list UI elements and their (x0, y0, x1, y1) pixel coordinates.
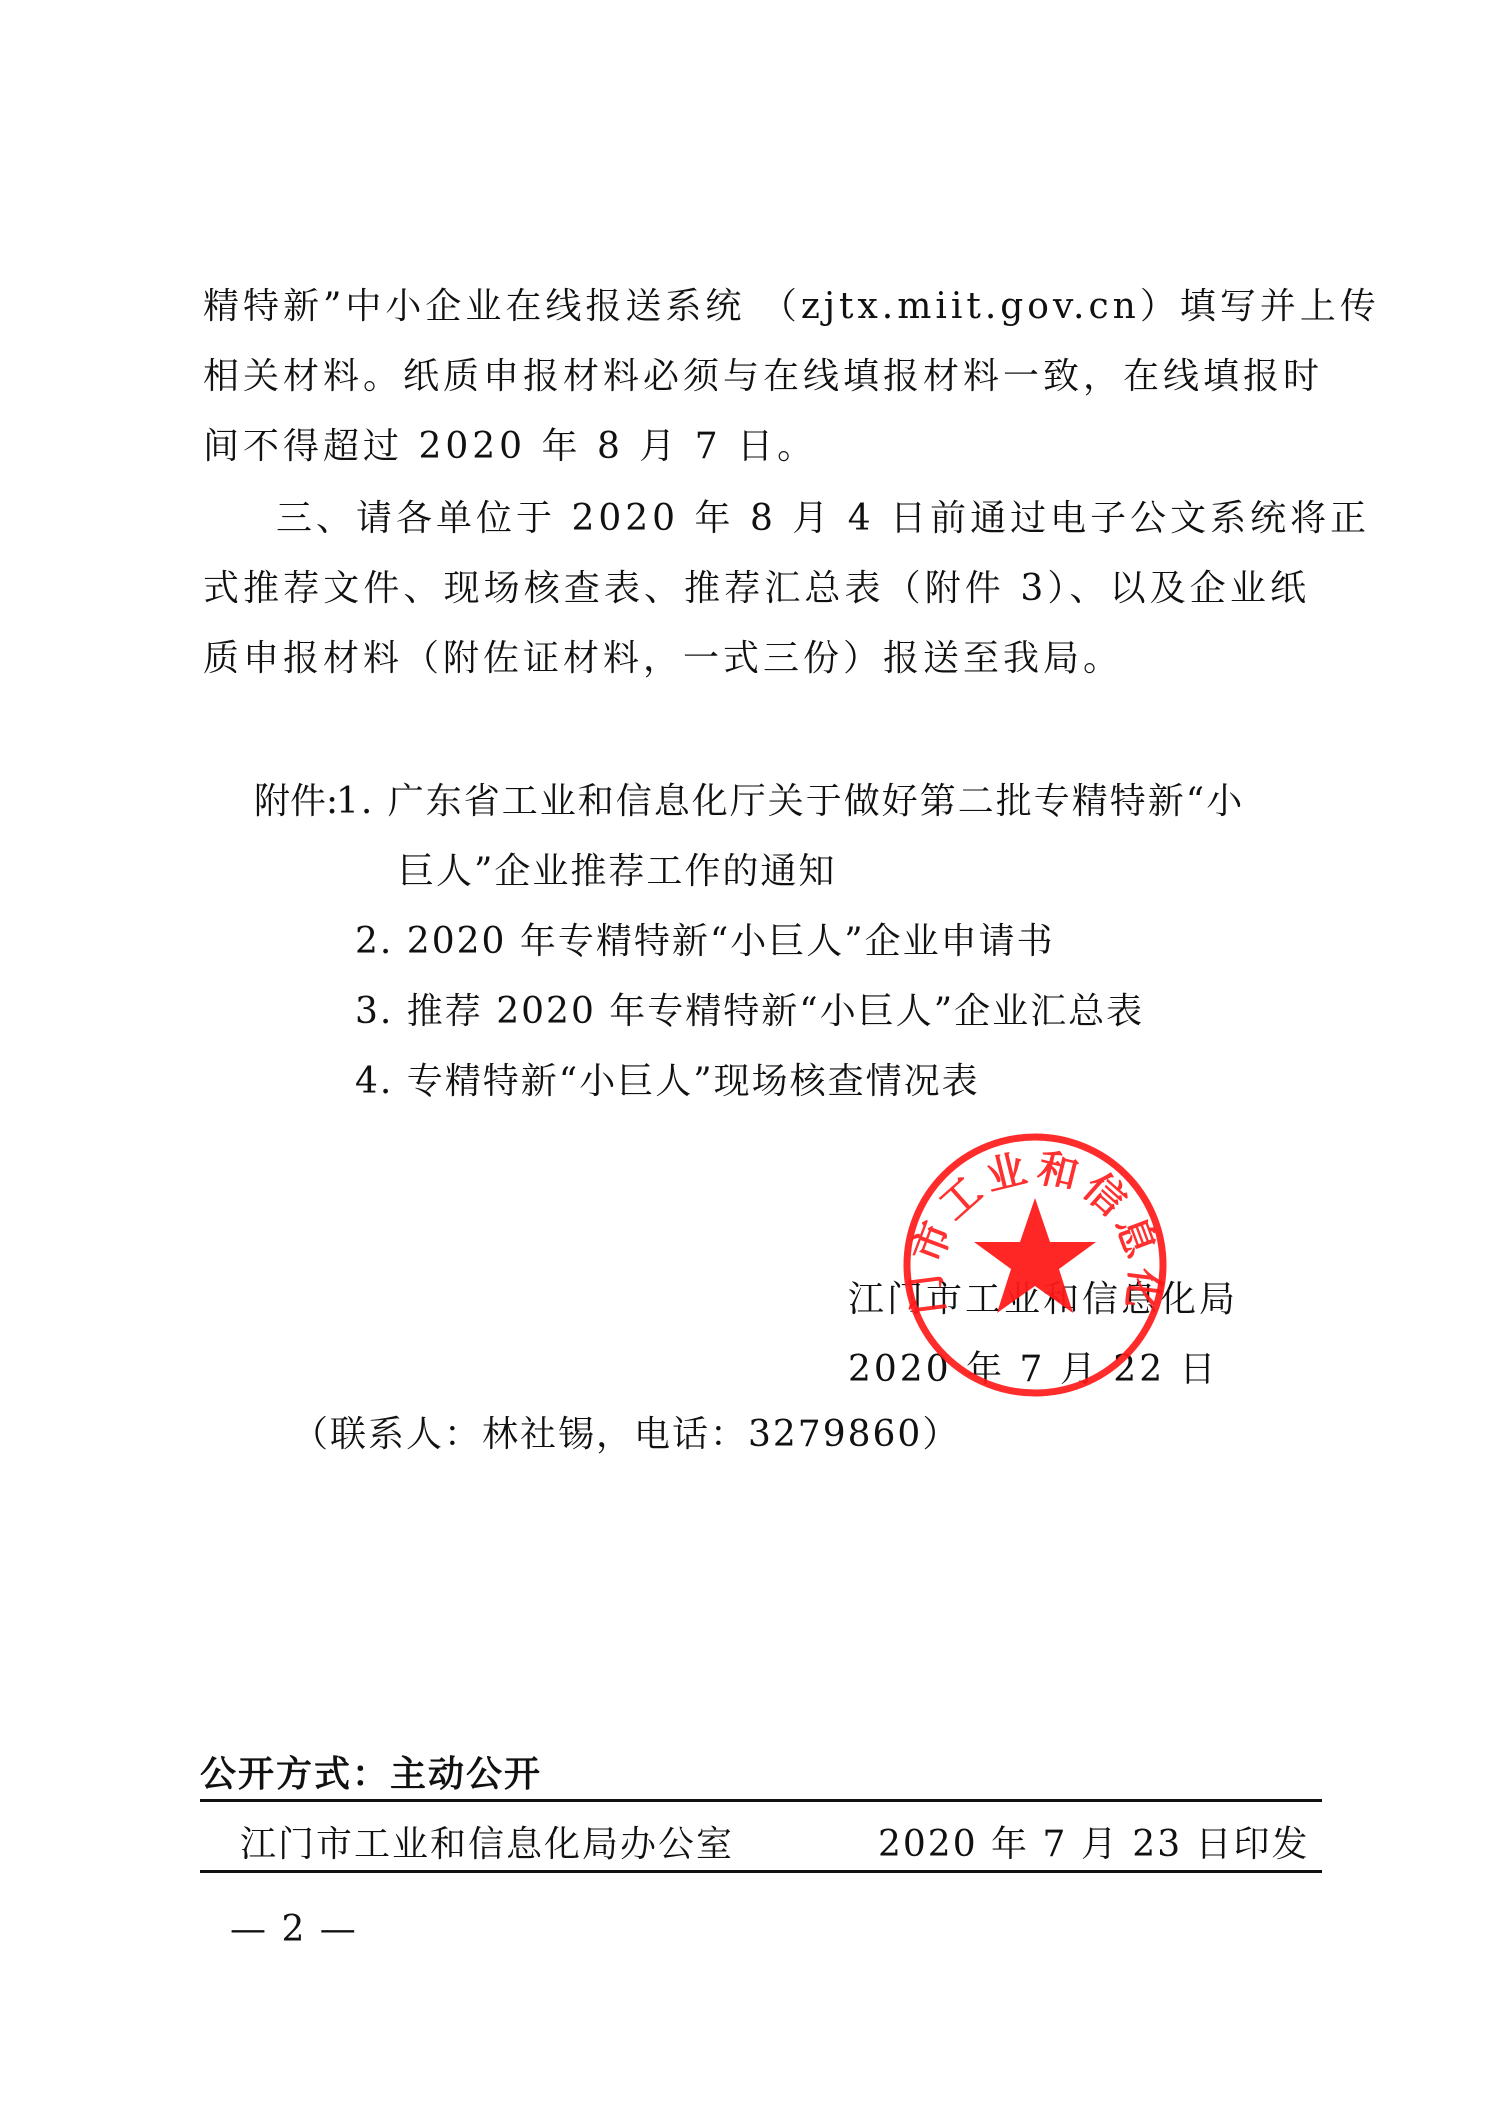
attachments-label: 附件: (254, 780, 334, 824)
footer-rule-top (200, 1799, 1322, 1802)
attachment-1-line-2: 巨人”企业推荐工作的通知 (398, 850, 1298, 894)
attachment-1-line-1: 1. 广东省工业和信息化厅关于做好第二批专精特新“小 (336, 780, 1316, 824)
issue-date: 2020 年 7 月 23 日印发 (878, 1823, 1298, 1867)
para2-line-1: 精特新”中小企业在线报送系统 （zjtx.miit.gov.cn）填写并上传 (203, 285, 1310, 329)
official-seal-icon: 江门市工业和信息化局 (900, 1130, 1170, 1400)
disclosure-method: 公开方式：主动公开 (200, 1753, 700, 1797)
para2-line-3: 间不得超过 2020 年 8 月 7 日。 (203, 425, 1310, 469)
para2-line-2: 相关材料。纸质申报材料必须与在线填报材料一致，在线填报时 (203, 355, 1310, 399)
attachment-2: 2. 2020 年专精特新“小巨人”企业申请书 (355, 920, 1255, 964)
page-number: — 2 — (230, 1908, 430, 1952)
attachment-3: 3. 推荐 2020 年专精特新“小巨人”企业汇总表 (355, 990, 1255, 1034)
para3-line-2: 式推荐文件、现场核查表、推荐汇总表（附件 3）、以及企业纸 (203, 567, 1310, 611)
issuing-office: 江门市工业和信息化局办公室 (240, 1823, 760, 1867)
attachment-4: 4. 专精特新“小巨人”现场核查情况表 (355, 1060, 1255, 1104)
contact-info: （联系人：林社锡，电话：3279860） (292, 1413, 1092, 1457)
para3-line-1: 三、请各单位于 2020 年 8 月 4 日前通过电子公文系统将正 (276, 497, 1310, 541)
para3-line-3: 质申报材料（附佐证材料，一式三份）报送至我局。 (203, 637, 1310, 681)
footer-rule-bottom (200, 1870, 1322, 1873)
